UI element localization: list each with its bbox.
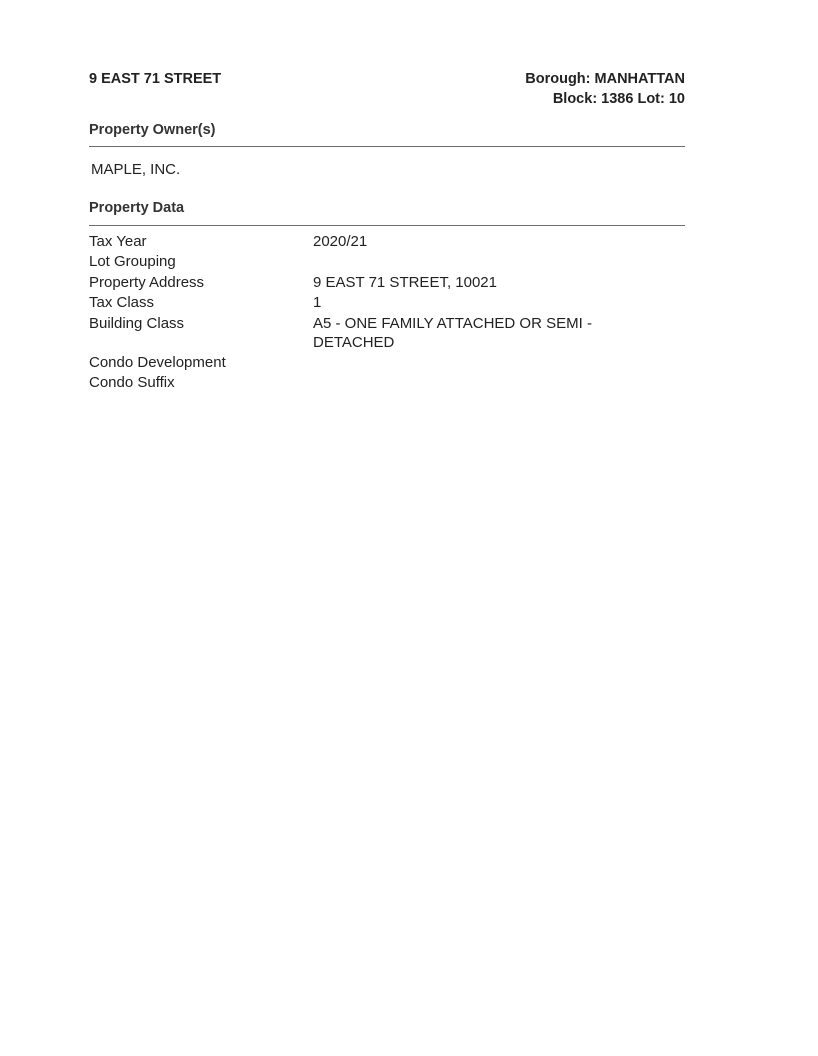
owners-section-divider bbox=[89, 146, 685, 147]
value-property-address: 9 EAST 71 STREET, 10021 bbox=[313, 274, 497, 291]
label-tax-class: Tax Class bbox=[89, 294, 154, 311]
value-building-class-line2: DETACHED bbox=[313, 334, 394, 351]
label-lot-grouping: Lot Grouping bbox=[89, 253, 176, 270]
owner-name: MAPLE, INC. bbox=[91, 161, 180, 178]
property-data-section-divider bbox=[89, 225, 685, 226]
label-tax-year: Tax Year bbox=[89, 233, 147, 250]
label-building-class: Building Class bbox=[89, 315, 184, 332]
value-tax-year: 2020/21 bbox=[313, 233, 367, 250]
label-condo-development: Condo Development bbox=[89, 354, 226, 371]
property-data-section-title: Property Data bbox=[89, 200, 184, 216]
property-street-title: 9 EAST 71 STREET bbox=[89, 71, 221, 87]
value-tax-class: 1 bbox=[313, 294, 321, 311]
value-building-class: A5 - ONE FAMILY ATTACHED OR SEMI - bbox=[313, 315, 592, 332]
label-condo-suffix: Condo Suffix bbox=[89, 374, 175, 391]
borough-label: Borough: MANHATTAN bbox=[525, 71, 685, 87]
label-property-address: Property Address bbox=[89, 274, 204, 291]
block-lot-label: Block: 1386 Lot: 10 bbox=[553, 91, 685, 107]
owners-section-title: Property Owner(s) bbox=[89, 122, 216, 138]
